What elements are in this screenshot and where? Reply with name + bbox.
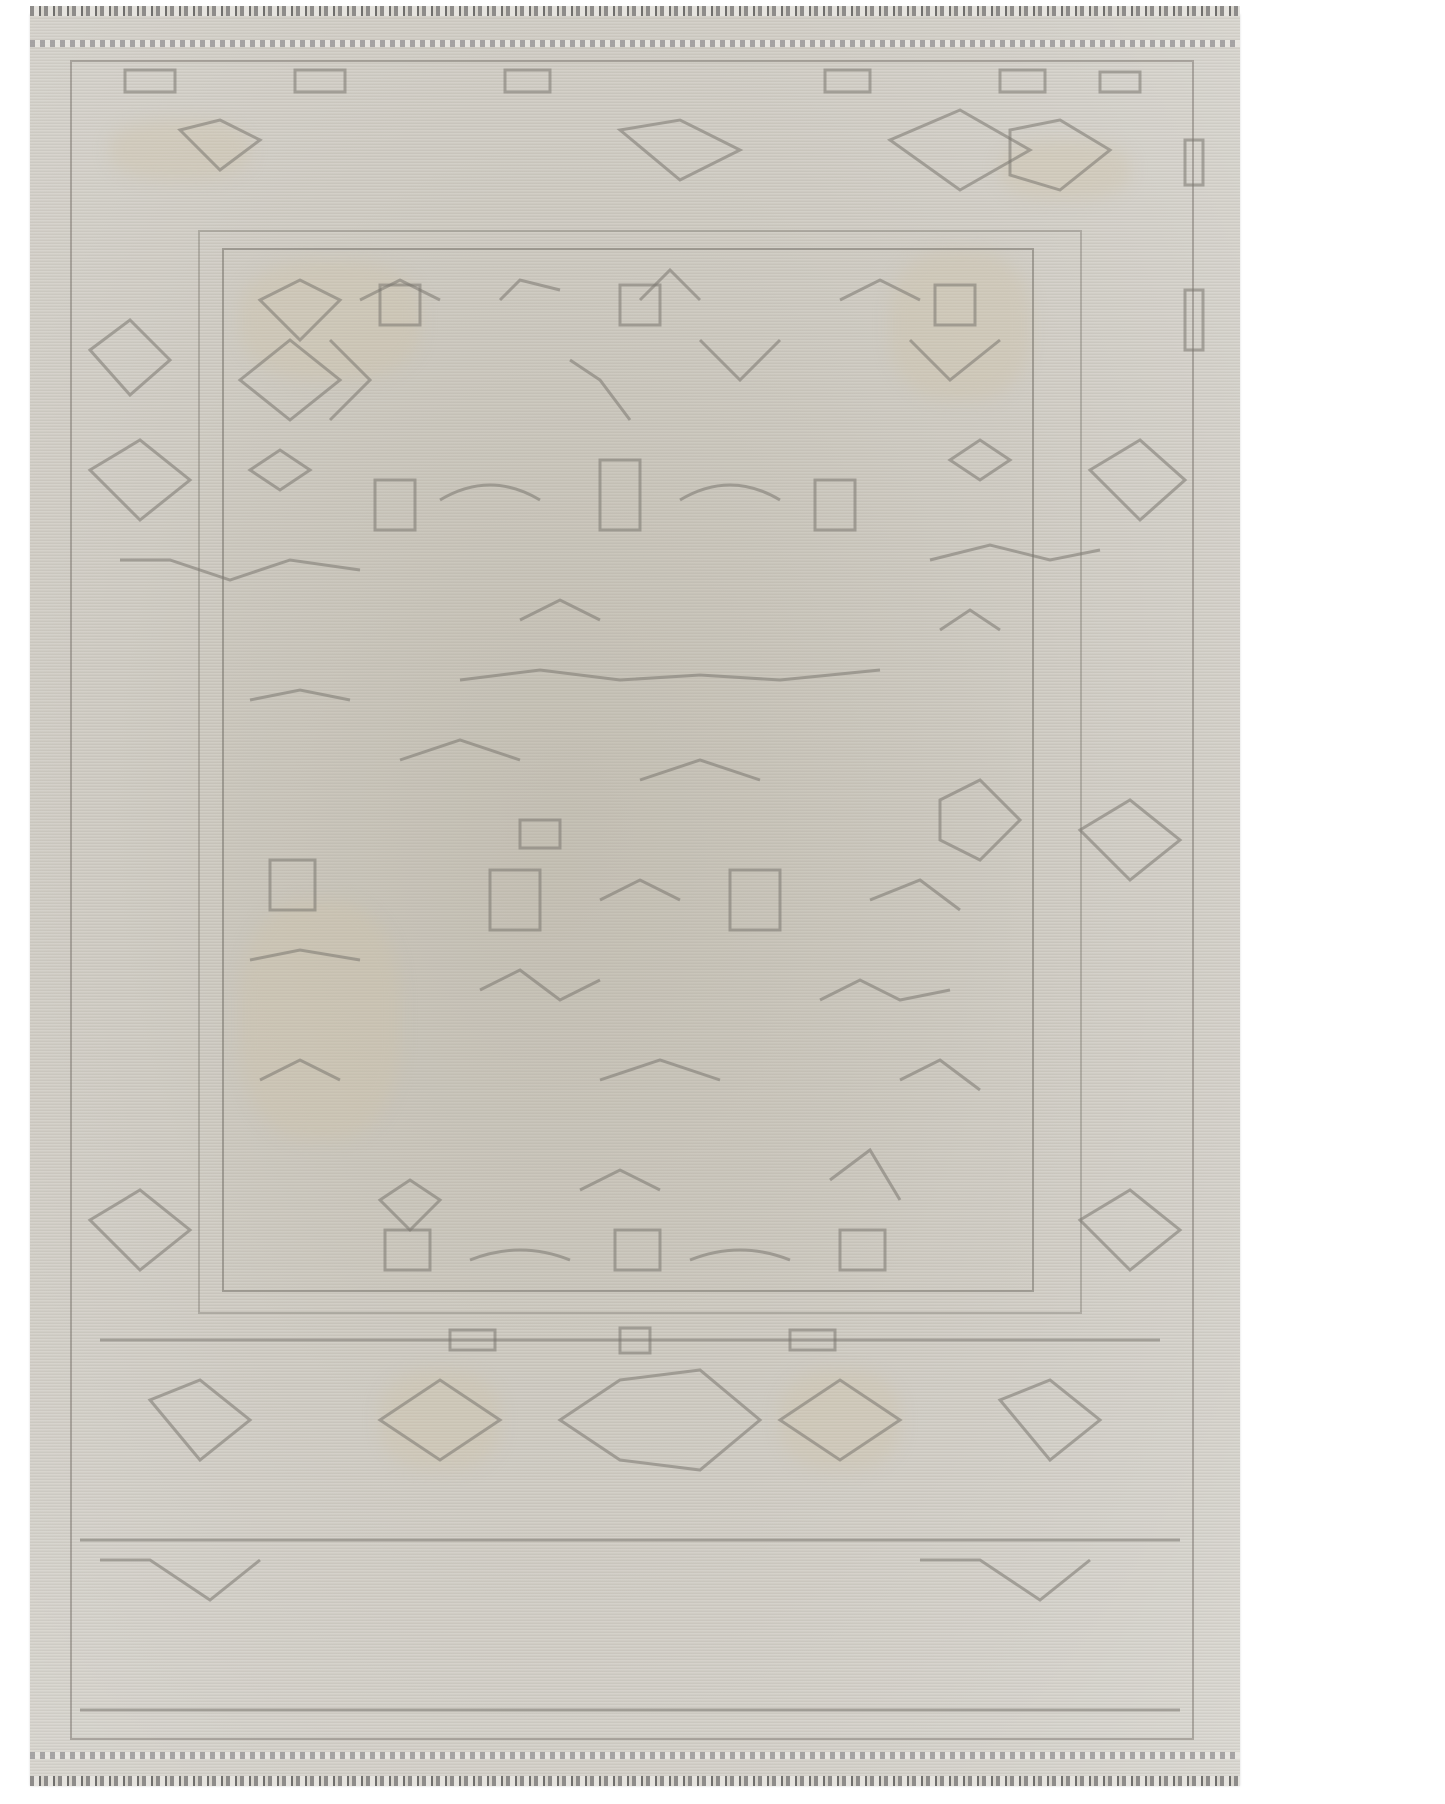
product-photo bbox=[0, 0, 1255, 1804]
rug-motifs bbox=[0, 0, 1255, 1804]
